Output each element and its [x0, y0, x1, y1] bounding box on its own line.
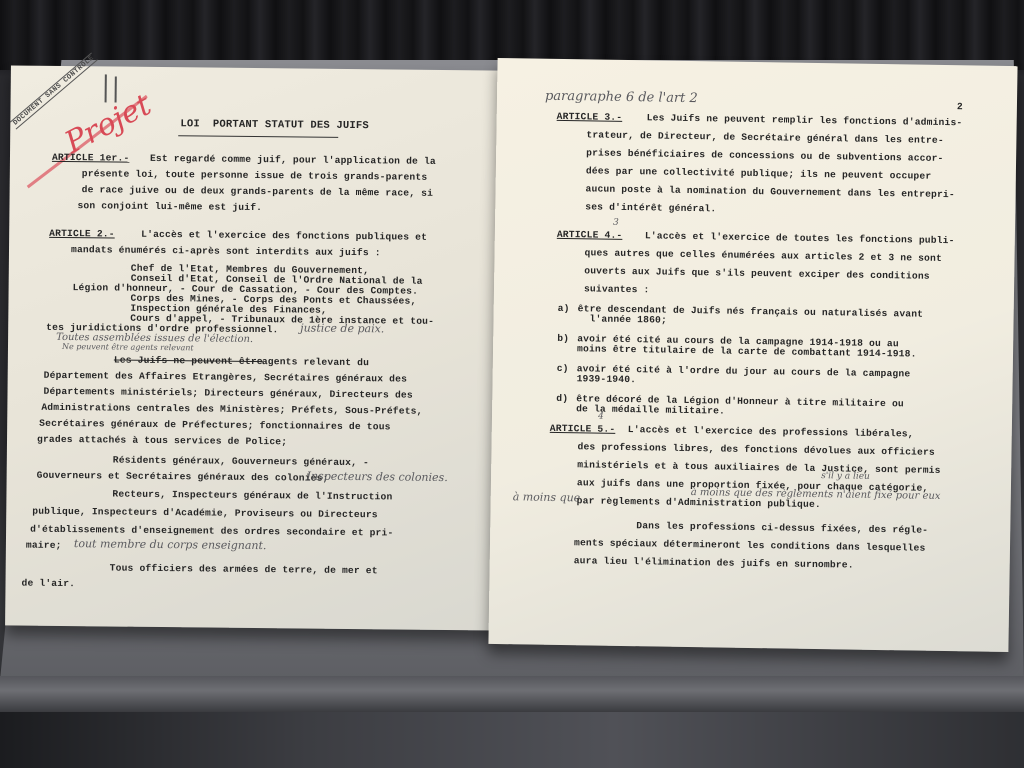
article-2-line: Administrations centrales des Ministères… [41, 402, 422, 417]
article-5-line: ments spéciaux détermineront les conditi… [574, 537, 926, 554]
article-2-line: d'établissements d'enseignement des ordr… [30, 524, 393, 539]
article-4-label: ARTICLE 4.- [557, 229, 623, 241]
page-number: 2 [957, 101, 963, 112]
article-1-line: de race juive ou de deux grands-parents … [82, 184, 434, 199]
title-underline [178, 135, 338, 138]
article-2-line: L'accès et l'exercice des fonctions publ… [141, 229, 427, 243]
article-1-label: ARTICLE 1er.- [52, 152, 130, 164]
condition-key: a) [558, 303, 570, 314]
article-2-line: Secrétaires généraux de Préfectures; fon… [39, 418, 391, 433]
article-2-line: agents relevant du [262, 356, 369, 368]
handwritten-header: paragraphe 6 de l'art 2 [545, 89, 698, 106]
handwritten-number: 4 [598, 412, 604, 422]
margin-mark [105, 74, 107, 102]
article-2-line: Tous officiers des armées de terre, de m… [110, 563, 378, 577]
article-2-line: mandats énumérés ci-après sont interdits… [71, 244, 381, 258]
article-2-line: maire; [26, 540, 62, 551]
article-4-line: L'accès et l'exercice de toutes les fonc… [645, 230, 955, 246]
left-page: DOCUMENT SANS CONTRÔLE Projet LOI PORTAN… [5, 65, 503, 630]
article-4-line: suivantes : [584, 283, 650, 295]
article-5-line: des professions libres, des fonctions dé… [577, 441, 935, 458]
handwritten-margin-note: à moins que [513, 490, 581, 504]
handwritten-note: justice de paix. [300, 321, 384, 335]
article-5-line: L'accès et l'exercice des professions li… [628, 424, 914, 439]
article-2-label: ARTICLE 2.- [49, 228, 115, 240]
article-3-line: Les Juifs ne peuvent remplir les fonctio… [647, 112, 963, 128]
article-2-line: publique, Inspecteurs d'Académie, Provis… [32, 506, 378, 521]
article-2-line: grades attachés à tous services de Polic… [37, 434, 287, 448]
article-2-line: de l'air. [21, 578, 75, 590]
display-base [0, 712, 1024, 768]
article-2-line: Résidents généraux, Gouverneurs généraux… [113, 455, 369, 469]
article-3-line: dées par une collectivité publique; ils … [586, 165, 932, 181]
condition-line: l'année 1860; [589, 313, 667, 325]
article-5-line: aura lieu l'élimination des juifs en sur… [574, 555, 854, 570]
handwritten-number: 3 [613, 218, 619, 228]
struck-text: Les Juifs ne peuvent être [114, 355, 263, 368]
article-2-line: Départements ministériels; Directeurs gé… [43, 386, 412, 401]
handwritten-note: tout membre du corps enseignant. [74, 537, 267, 552]
condition-key: c) [557, 363, 569, 374]
article-1-line: son conjoint lui-même est juif. [77, 200, 262, 213]
article-5-label: ARTICLE 5.- [550, 423, 616, 435]
condition-key: d) [556, 393, 568, 404]
document-title: LOI PORTANT STATUT DES JUIFS [180, 119, 369, 132]
article-3-line: prises bénéficiaires de concessions ou d… [586, 147, 944, 164]
right-page: paragraphe 6 de l'art 2 2 ARTICLE 3.- Le… [488, 58, 1017, 652]
article-2-line: Recteurs, Inspecteurs généraux de l'Inst… [112, 489, 392, 503]
article-3-line: aucun poste à la nomination du Gouvernem… [586, 183, 955, 200]
condition-line: 1939-1940. [577, 373, 637, 385]
article-2-line: Département des Affaires Etrangères, Sec… [44, 370, 407, 385]
display-rail [0, 676, 1024, 712]
article-2-line: Gouverneurs et Secrétaires généraux des … [37, 470, 329, 484]
condition-key: b) [557, 333, 569, 344]
article-1-line: présente loi, toute personne issue de tr… [82, 168, 428, 183]
article-4-line: ouverts aux Juifs que s'ils peuvent exci… [584, 265, 930, 281]
article-5-line: Dans les professions ci-dessus fixées, d… [636, 520, 928, 536]
article-1-line: Est regardé comme juif, pour l'applicati… [150, 153, 436, 167]
article-4-line: ques autres que celles énumérées aux art… [584, 247, 942, 264]
handwritten-note: Ne peuvent être agents relevant [62, 342, 194, 352]
handwritten-note: Inspecteurs des colonies. [307, 470, 448, 484]
article-3-label: ARTICLE 3.- [557, 111, 623, 123]
article-3-line: trateur, de Directeur, de Secrétaire gén… [586, 129, 944, 146]
article-5-line: ministériels et à tous auxiliaires de la… [577, 459, 941, 476]
red-annotation: Projet [59, 87, 157, 160]
article-3-line: ses d'intérêt général. [585, 201, 716, 214]
